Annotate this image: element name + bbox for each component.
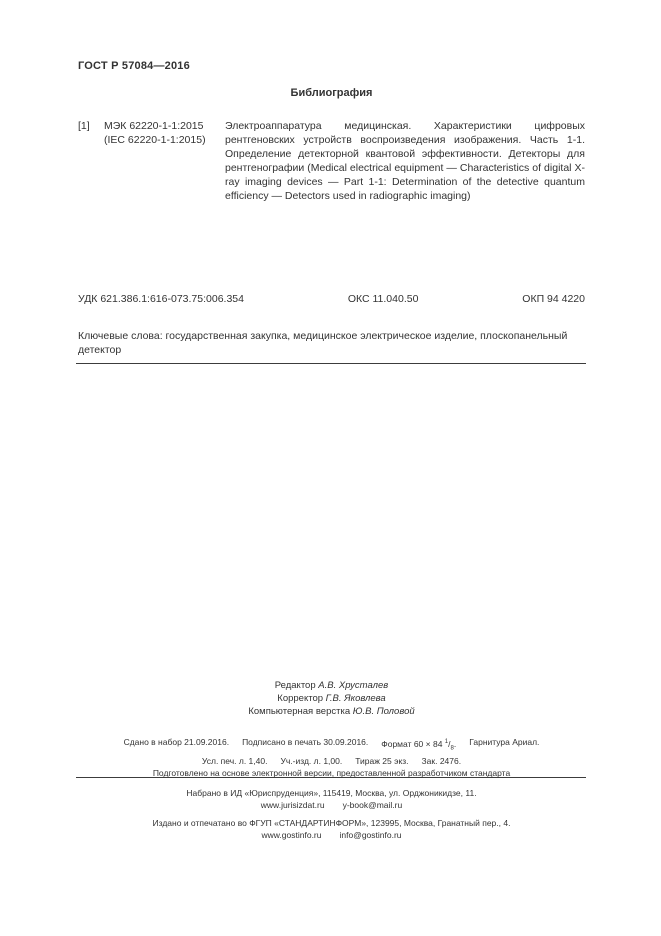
publisher-block: Издано и отпечатано во ФГУП «СТАНДАРТИНФ… [78, 817, 585, 841]
layout-name: Ю.В. Половой [353, 706, 415, 717]
paper-format: Формат 60 × 84 1/8. [381, 736, 456, 755]
publisher-contacts: www.gostinfo.ru info@gostinfo.ru [78, 829, 585, 841]
signed-to-print-date: Подписано в печать 30.09.2016. [242, 736, 368, 755]
typesetter-website: www.jurisizdat.ru [261, 799, 325, 811]
oks-code: ОКС 11.040.50 [348, 293, 419, 305]
document-code-header: ГОСТ Р 57084—2016 [78, 60, 190, 72]
bibliography-description: Электроаппаратура медицинская. Характери… [225, 119, 585, 203]
corrector-name: Г.В. Яковлева [326, 693, 386, 704]
layout-line: Компьютерная верстка Ю.В. Половой [78, 705, 585, 718]
conventional-printed-sheets: Усл. печ. л. 1,40. [202, 755, 268, 767]
bibliography-standard-code-en: (IEC 62220-1-1:2015) [104, 134, 206, 146]
credits-block: Редактор А.В. Хрусталев Корректор Г.В. Я… [78, 679, 585, 718]
imprint-divider-rule [76, 777, 586, 778]
bibliography-standard-code: МЭК 62220-1-1:2015 (IEC 62220-1-1:2015) [104, 119, 225, 203]
publisher-address-line: Издано и отпечатано во ФГУП «СТАНДАРТИНФ… [78, 817, 585, 829]
imprint-row-2: Усл. печ. л. 1,40. Уч.-изд. л. 1,00. Тир… [78, 755, 585, 767]
order-number: Зак. 2476. [422, 755, 462, 767]
imprint-block: Сдано в набор 21.09.2016. Подписано в пе… [78, 736, 585, 779]
format-period: . [454, 739, 456, 749]
editor-label: Редактор [275, 680, 316, 691]
corrector-line: Корректор Г.В. Яковлева [78, 692, 585, 705]
publisher-email: info@gostinfo.ru [339, 829, 401, 841]
publisher-website: www.gostinfo.ru [261, 829, 321, 841]
udk-code: УДК 621.386.1:616-073.75:006.354 [78, 293, 244, 305]
sent-to-typesetting-date: Сдано в набор 21.09.2016. [124, 736, 230, 755]
bibliography-entry: [1] МЭК 62220-1-1:2015 (IEC 62220-1-1:20… [78, 119, 585, 203]
keywords-divider-rule [76, 363, 586, 364]
imprint-row-1: Сдано в набор 21.09.2016. Подписано в пе… [78, 736, 585, 755]
okp-code: ОКП 94 4220 [522, 293, 585, 305]
section-title-bibliography: Библиография [78, 87, 585, 99]
publishing-sheets: Уч.-изд. л. 1,00. [280, 755, 342, 767]
classification-row: УДК 621.386.1:616-073.75:006.354 ОКС 11.… [78, 293, 585, 305]
bibliography-standard-code-ru: МЭК 62220-1-1:2015 [104, 120, 203, 132]
typeface-name: Гарнитура Ариал. [469, 736, 539, 755]
keywords-paragraph: Ключевые слова: государственная закупка,… [78, 329, 585, 357]
bibliography-ref-number: [1] [78, 119, 104, 203]
layout-label: Компьютерная верстка [248, 706, 350, 717]
editor-name: А.В. Хрусталев [318, 680, 388, 691]
typesetter-email: y-book@mail.ru [343, 799, 403, 811]
typesetter-contacts: www.jurisizdat.ru y-book@mail.ru [78, 799, 585, 811]
circulation-count: Тираж 25 экз. [355, 755, 408, 767]
typesetter-address-line: Набрано в ИД «Юриспруденция», 115419, Мо… [78, 787, 585, 799]
document-page: ГОСТ Р 57084—2016 Библиография [1] МЭК 6… [0, 0, 661, 936]
corrector-label: Корректор [277, 693, 323, 704]
editor-line: Редактор А.В. Хрусталев [78, 679, 585, 692]
typesetter-block: Набрано в ИД «Юриспруденция», 115419, Мо… [78, 787, 585, 811]
